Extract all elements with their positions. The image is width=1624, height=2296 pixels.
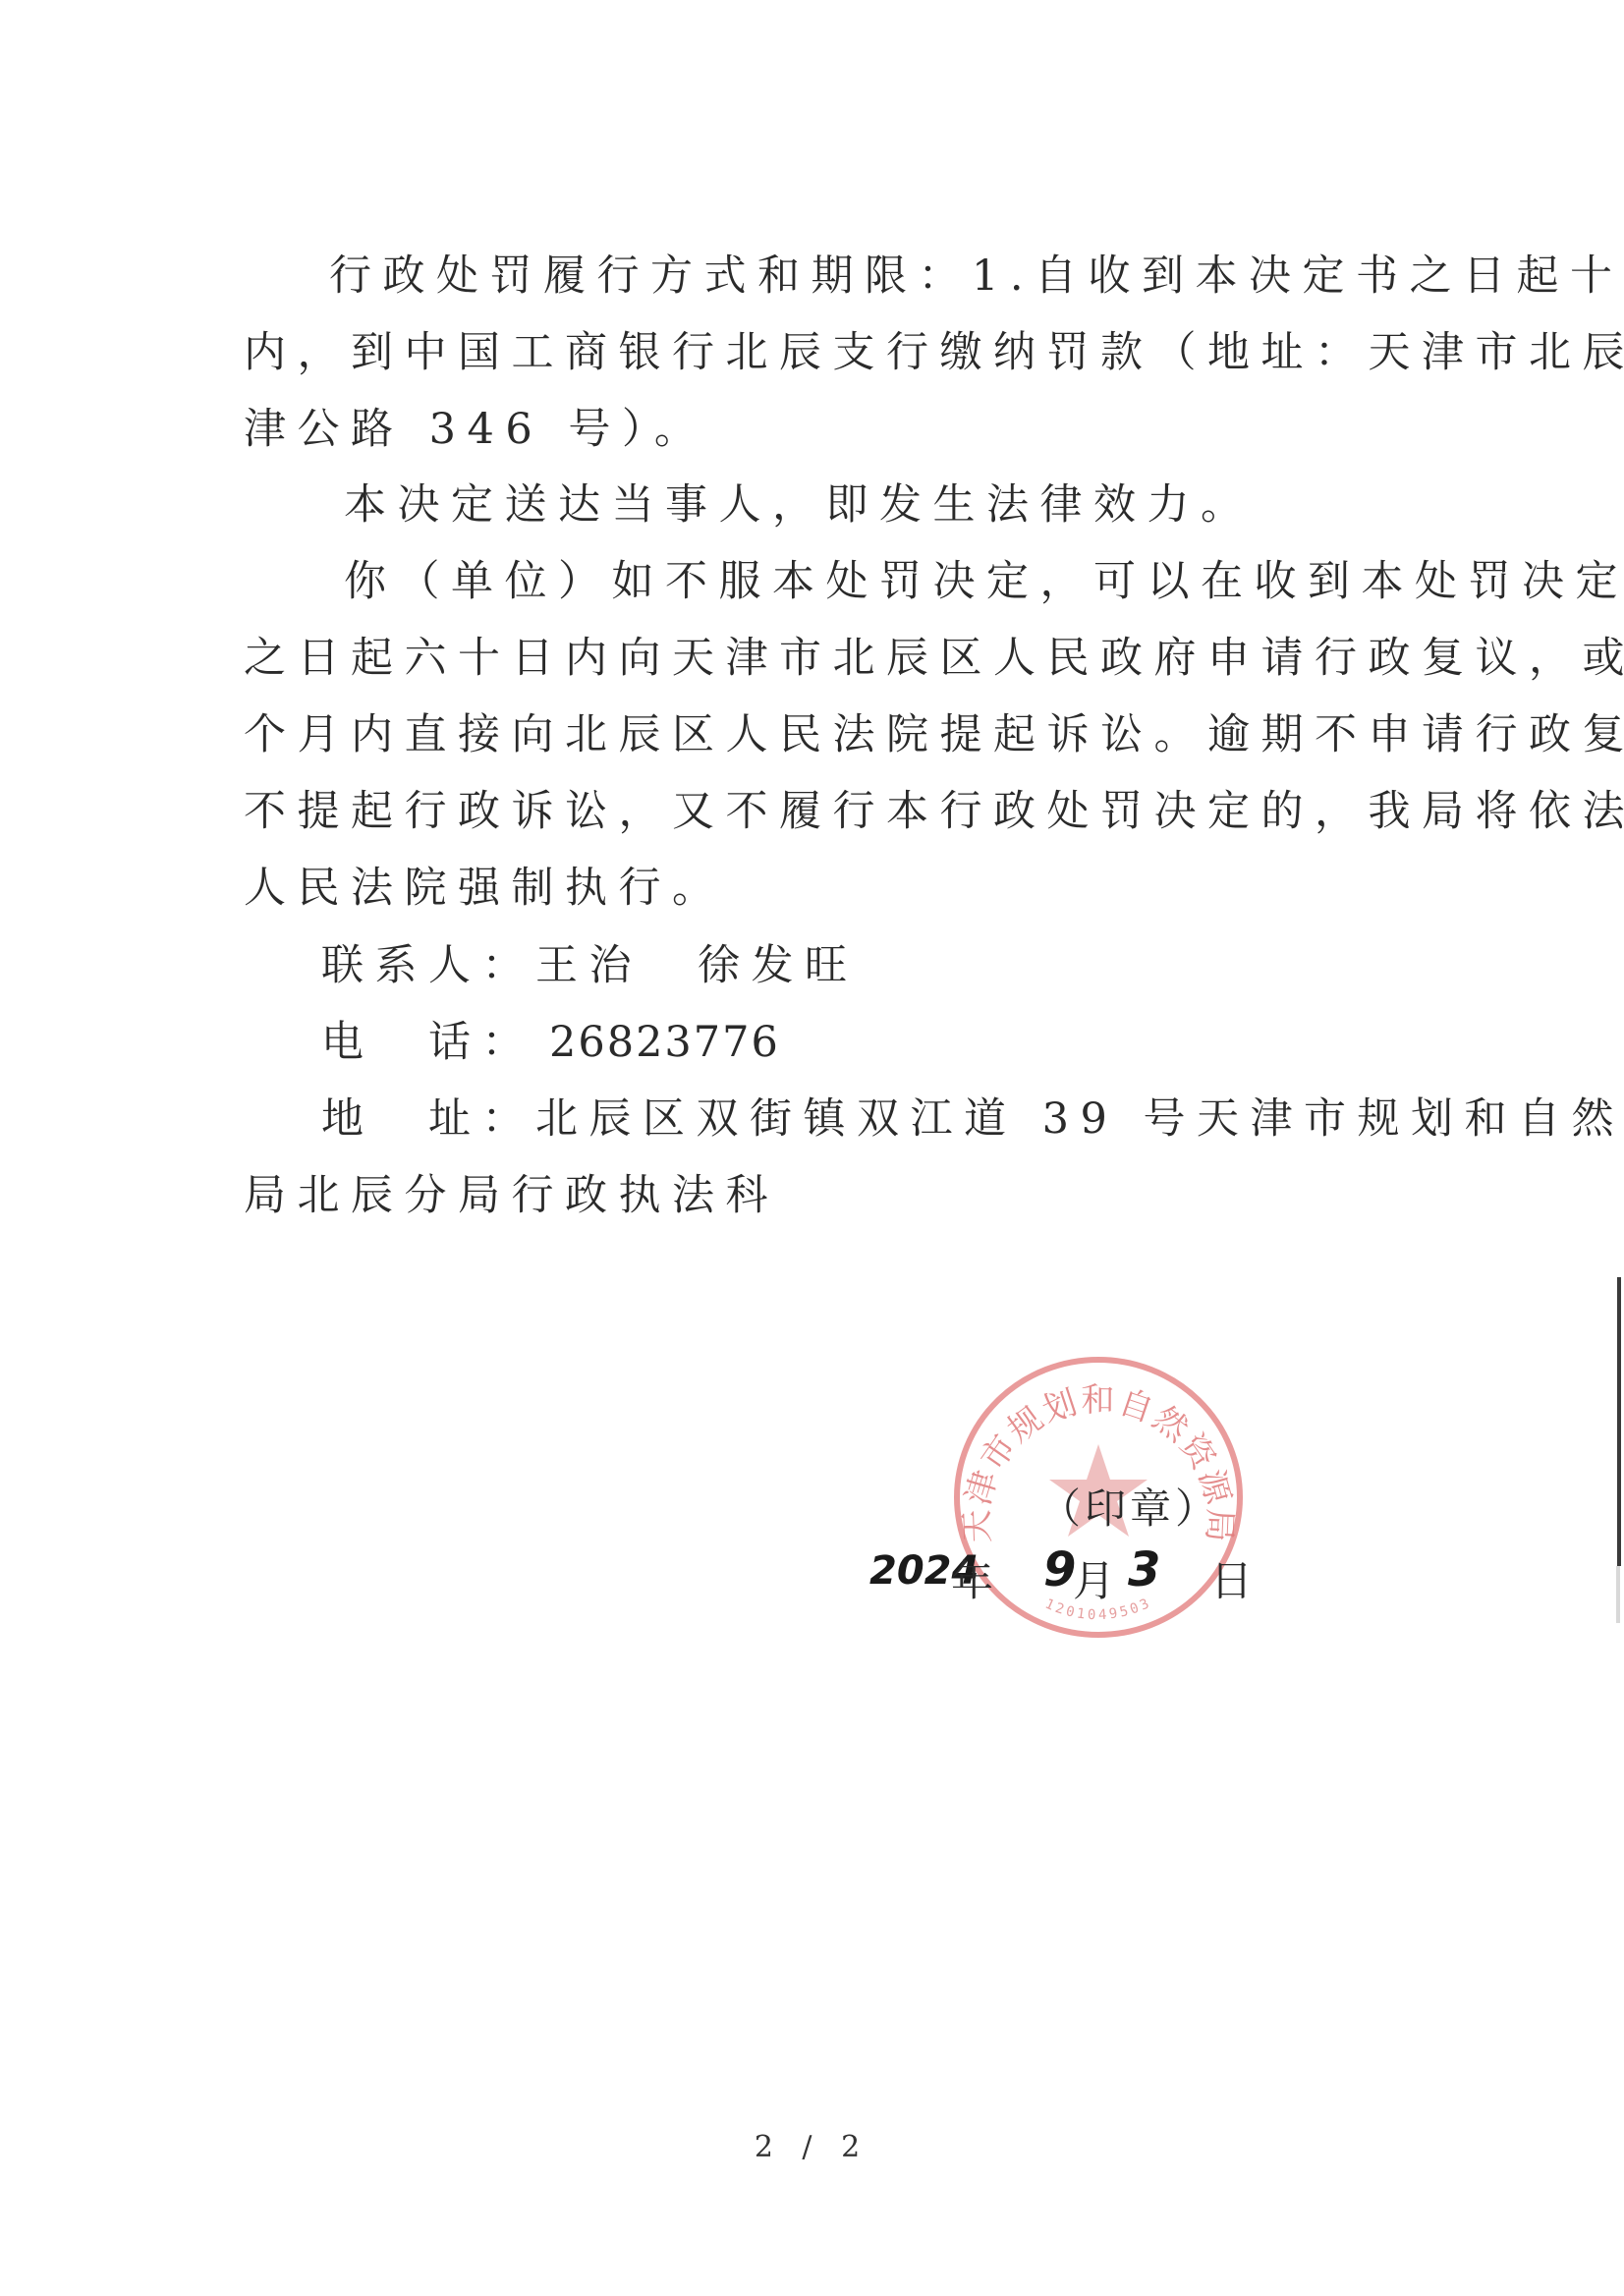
paragraph-3-line-1: 你（单位）如不服本处罚决定，可以在收到本处罚决定书	[344, 554, 1474, 609]
contact-name-2: 徐发旺	[698, 941, 859, 990]
address-line-1: 地 址：北辰区双街镇双江道 39 号天津市规划和自然资源	[321, 1092, 1451, 1147]
contact-label: 联系人：	[321, 941, 535, 990]
phone-value: 26823776	[549, 1018, 780, 1067]
page-number: 2 / 2	[0, 2130, 1624, 2164]
paragraph-3-line-4: 不提起行政诉讼，又不履行本行政处罚决定的，我局将依法申请	[244, 784, 1373, 839]
date-day-unit: 日	[1210, 1548, 1253, 1603]
paragraph-3-line-5: 人民法院强制执行。	[244, 861, 1373, 916]
phone-line: 电 话：26823776	[321, 1015, 1451, 1070]
document-page: 行政处罚履行方式和期限：1.自收到本决定书之日起十五日 内，到中国工商银行北辰支…	[0, 0, 1624, 2296]
paragraph-3-line-3: 个月内直接向北辰区人民法院提起诉讼。逾期不申请行政复议，	[244, 707, 1373, 762]
address-label: 地 址：	[321, 1094, 535, 1144]
address-line-2: 局北辰分局行政执法科	[244, 1168, 1373, 1223]
contact-name-1: 王治	[535, 941, 643, 990]
scan-edge-artifact-tail	[1616, 1566, 1620, 1623]
date-month-unit: 月	[1073, 1548, 1115, 1603]
paragraph-1-line-3: 津公路 346 号）。	[244, 402, 1373, 457]
paragraph-2-line-1: 本决定送达当事人，即发生法律效力。	[344, 477, 1474, 532]
date-day: 3	[1128, 1542, 1160, 1597]
seal-label: （印章）	[1039, 1477, 1220, 1536]
paragraph-3-line-2: 之日起六十日内向天津市北辰区人民政府申请行政复议，或者六	[244, 631, 1373, 686]
contact-line: 联系人：王治徐发旺	[321, 938, 1451, 993]
date-year-unit: 年	[951, 1548, 993, 1603]
date-month: 9	[1043, 1542, 1076, 1597]
address-value-1: 北辰区双街镇双江道 39 号天津市规划和自然资源	[535, 1094, 1624, 1144]
paragraph-1-line-2: 内，到中国工商银行北辰支行缴纳罚款（地址：天津市北辰区京	[244, 325, 1373, 380]
phone-label: 电 话：	[321, 1018, 535, 1067]
paragraph-1-line-1: 行政处罚履行方式和期限：1.自收到本决定书之日起十五日	[329, 249, 1459, 304]
scan-edge-artifact	[1617, 1277, 1621, 1566]
